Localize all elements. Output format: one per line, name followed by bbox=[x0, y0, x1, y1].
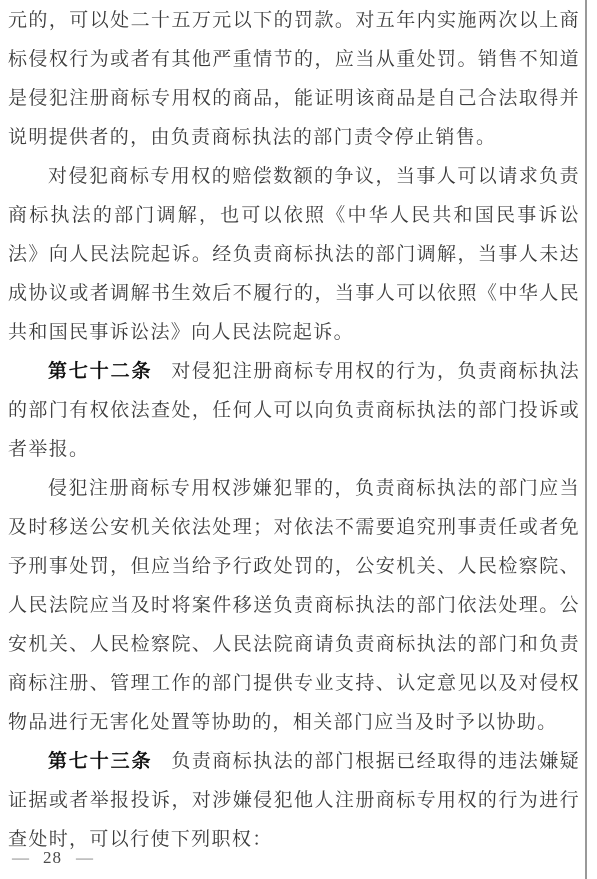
paragraph: 对侵犯商标专用权的赔偿数额的争议，当事人可以请求负责商标执法的部门调解，也可以依… bbox=[8, 157, 580, 352]
page-body-text: 元的，可以处二十五万元以下的罚款。对五年内实施两次以上商标侵权行为或者有其他严重… bbox=[8, 1, 580, 859]
paragraph-text: 对侵犯商标专用权的赔偿数额的争议，当事人可以请求负责商标执法的部门调解，也可以依… bbox=[8, 166, 580, 343]
page-number: 28 bbox=[43, 848, 62, 867]
paragraph-continuation: 元的，可以处二十五万元以下的罚款。对五年内实施两次以上商标侵权行为或者有其他严重… bbox=[8, 1, 580, 157]
article-number: 第七十三条 bbox=[48, 751, 152, 772]
page-footer: —28— bbox=[12, 848, 93, 868]
paragraph-article-72: 第七十二条对侵犯注册商标专用权的行为，负责商标执法的部门有权依法查处，任何人可以… bbox=[8, 352, 580, 469]
paragraph-text: 元的，可以处二十五万元以下的罚款。对五年内实施两次以上商标侵权行为或者有其他严重… bbox=[8, 10, 580, 148]
paragraph-text: 侵犯注册商标专用权涉嫌犯罪的，负责商标执法的部门应当及时移送公安机关依法处理；对… bbox=[8, 478, 580, 733]
footer-left-dash: — bbox=[12, 848, 29, 867]
footer-right-dash: — bbox=[76, 848, 93, 867]
paragraph-article-73: 第七十三条负责商标执法的部门根据已经取得的违法嫌疑证据或者举报投诉，对涉嫌侵犯他… bbox=[8, 742, 580, 859]
document-page: { "colors": { "background": "#ffffff", "… bbox=[0, 0, 597, 879]
article-number: 第七十二条 bbox=[48, 361, 152, 382]
page-right-edge-line bbox=[585, 0, 587, 879]
paragraph: 侵犯注册商标专用权涉嫌犯罪的，负责商标执法的部门应当及时移送公安机关依法处理；对… bbox=[8, 469, 580, 742]
